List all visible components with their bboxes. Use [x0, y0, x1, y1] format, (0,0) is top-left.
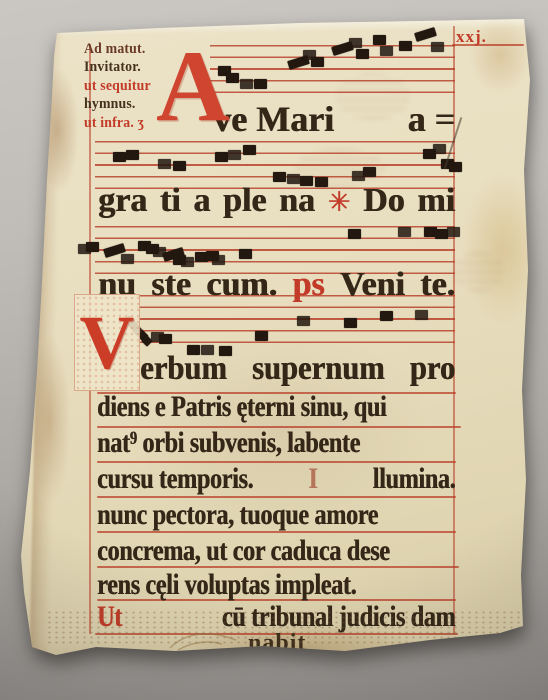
neume-sq	[356, 49, 369, 59]
neume-sq	[415, 310, 428, 320]
illuminated-initial-v-panel: V	[74, 294, 140, 391]
text-run: ps	[292, 266, 324, 304]
text-run: rens cęli voluptas impleat.	[97, 568, 356, 602]
chant-text-line-3: nustecum.psVenite.	[98, 266, 455, 304]
neume-sq	[173, 161, 186, 171]
folio-number: xxj.	[456, 27, 487, 47]
text-run: Veni	[340, 266, 405, 304]
text-run: na	[279, 182, 315, 220]
rubric-line: ut infra. ʒ	[84, 114, 185, 132]
text-run: Do	[363, 182, 405, 220]
neume-sq	[431, 42, 444, 52]
text-run: diens e Patris ęterni sinu, qui	[97, 390, 386, 424]
neume-sq	[215, 152, 228, 162]
hymn-line-3: cursu temporis. Illumina.	[97, 462, 455, 496]
text-run: a	[193, 182, 210, 220]
text-run: nat⁹ orbi subvenis, labente	[97, 426, 360, 460]
neume-sq	[349, 38, 362, 48]
neume-sq	[399, 41, 412, 51]
chant-text-line-1: ve Maria =	[213, 98, 455, 140]
neume-sq	[126, 150, 139, 160]
text-run: cursu temporis.	[97, 462, 253, 496]
neume-sq	[297, 316, 310, 326]
rubric-line: ut sequitur	[84, 77, 185, 95]
neume-sq	[121, 254, 134, 264]
text-run: pro	[410, 350, 455, 388]
text-run: I	[308, 462, 317, 496]
neume-sq	[348, 229, 361, 239]
text-run: nunc pectora, tuoque amore	[97, 498, 378, 532]
neume-sq	[344, 318, 357, 328]
neume-sq	[113, 152, 126, 162]
text-run: gra	[98, 182, 147, 220]
neume-sq	[255, 331, 268, 341]
illuminated-initial-v: V	[80, 305, 135, 381]
text-run: cum.	[206, 266, 277, 304]
neume-sq	[449, 162, 462, 172]
ink-bleedthrough	[452, 252, 504, 292]
parchment-leaf: ve Maria = gratiaplena✳Domi nustecum.psV…	[0, 0, 548, 700]
neume-sq	[212, 255, 225, 265]
parchment-left-edge-stain	[29, 28, 62, 662]
neume-sq	[398, 227, 411, 237]
manuscript-photo: ve Maria = gratiaplena✳Domi nustecum.psV…	[0, 0, 548, 700]
hymn-line-1: diens e Patris ęterni sinu, qui	[97, 390, 455, 424]
neume-sq	[240, 79, 253, 89]
neume-sq	[158, 159, 171, 169]
neume-sq	[433, 144, 446, 154]
text-run: te.	[420, 266, 455, 304]
neume-sq	[228, 150, 241, 160]
hymn-line-2: nat⁹ orbi subvenis, labente	[97, 426, 455, 460]
text-run: supernum	[252, 350, 385, 388]
text-run: ste	[151, 266, 191, 304]
hymn-line-5: concrema, ut cor caduca dese	[97, 534, 455, 568]
neume-sq	[86, 242, 99, 252]
neume-sq	[239, 249, 252, 259]
hymn-line-6: rens cęli voluptas impleat.	[97, 568, 455, 602]
text-run: mi	[417, 182, 455, 220]
ink-bleedthrough	[295, 148, 385, 188]
hymn-line-4: nunc pectora, tuoque amore	[97, 498, 455, 532]
neume-sq	[273, 172, 286, 182]
text-run: ple	[223, 182, 266, 220]
rubric-line: Invitator.	[84, 58, 185, 76]
rubric-line: hymnus.	[84, 95, 185, 113]
neume-sq	[380, 46, 393, 56]
neume-sq	[447, 227, 460, 237]
bottom-margin-speckles	[46, 610, 520, 646]
neume-sq	[380, 311, 393, 321]
text-run: a =	[407, 98, 455, 140]
parchment-leaf-shadow: ve Maria = gratiaplena✳Domi nustecum.psV…	[0, 0, 548, 700]
neume-sq	[311, 57, 324, 67]
text-run: ✳	[328, 187, 351, 218]
text-run: erbum	[140, 350, 227, 388]
neume-sq	[243, 145, 256, 155]
rubric-line: Ad matut.	[84, 40, 185, 58]
ink-bleedthrough	[335, 72, 410, 120]
chant-text-line-2: gratiaplena✳Domi	[98, 182, 455, 220]
neume-sq	[254, 79, 267, 89]
text-run: llumina.	[373, 462, 456, 496]
text-run: ti	[160, 182, 181, 220]
margin-rubric: Ad matut.Invitator.ut sequiturhymnus.ut …	[84, 40, 185, 132]
neume-sq	[373, 35, 386, 45]
chant-text-line-4: erbumsupernumpro	[140, 350, 455, 388]
neume-sq	[159, 334, 172, 344]
text-run: concrema, ut cor caduca dese	[97, 534, 390, 568]
